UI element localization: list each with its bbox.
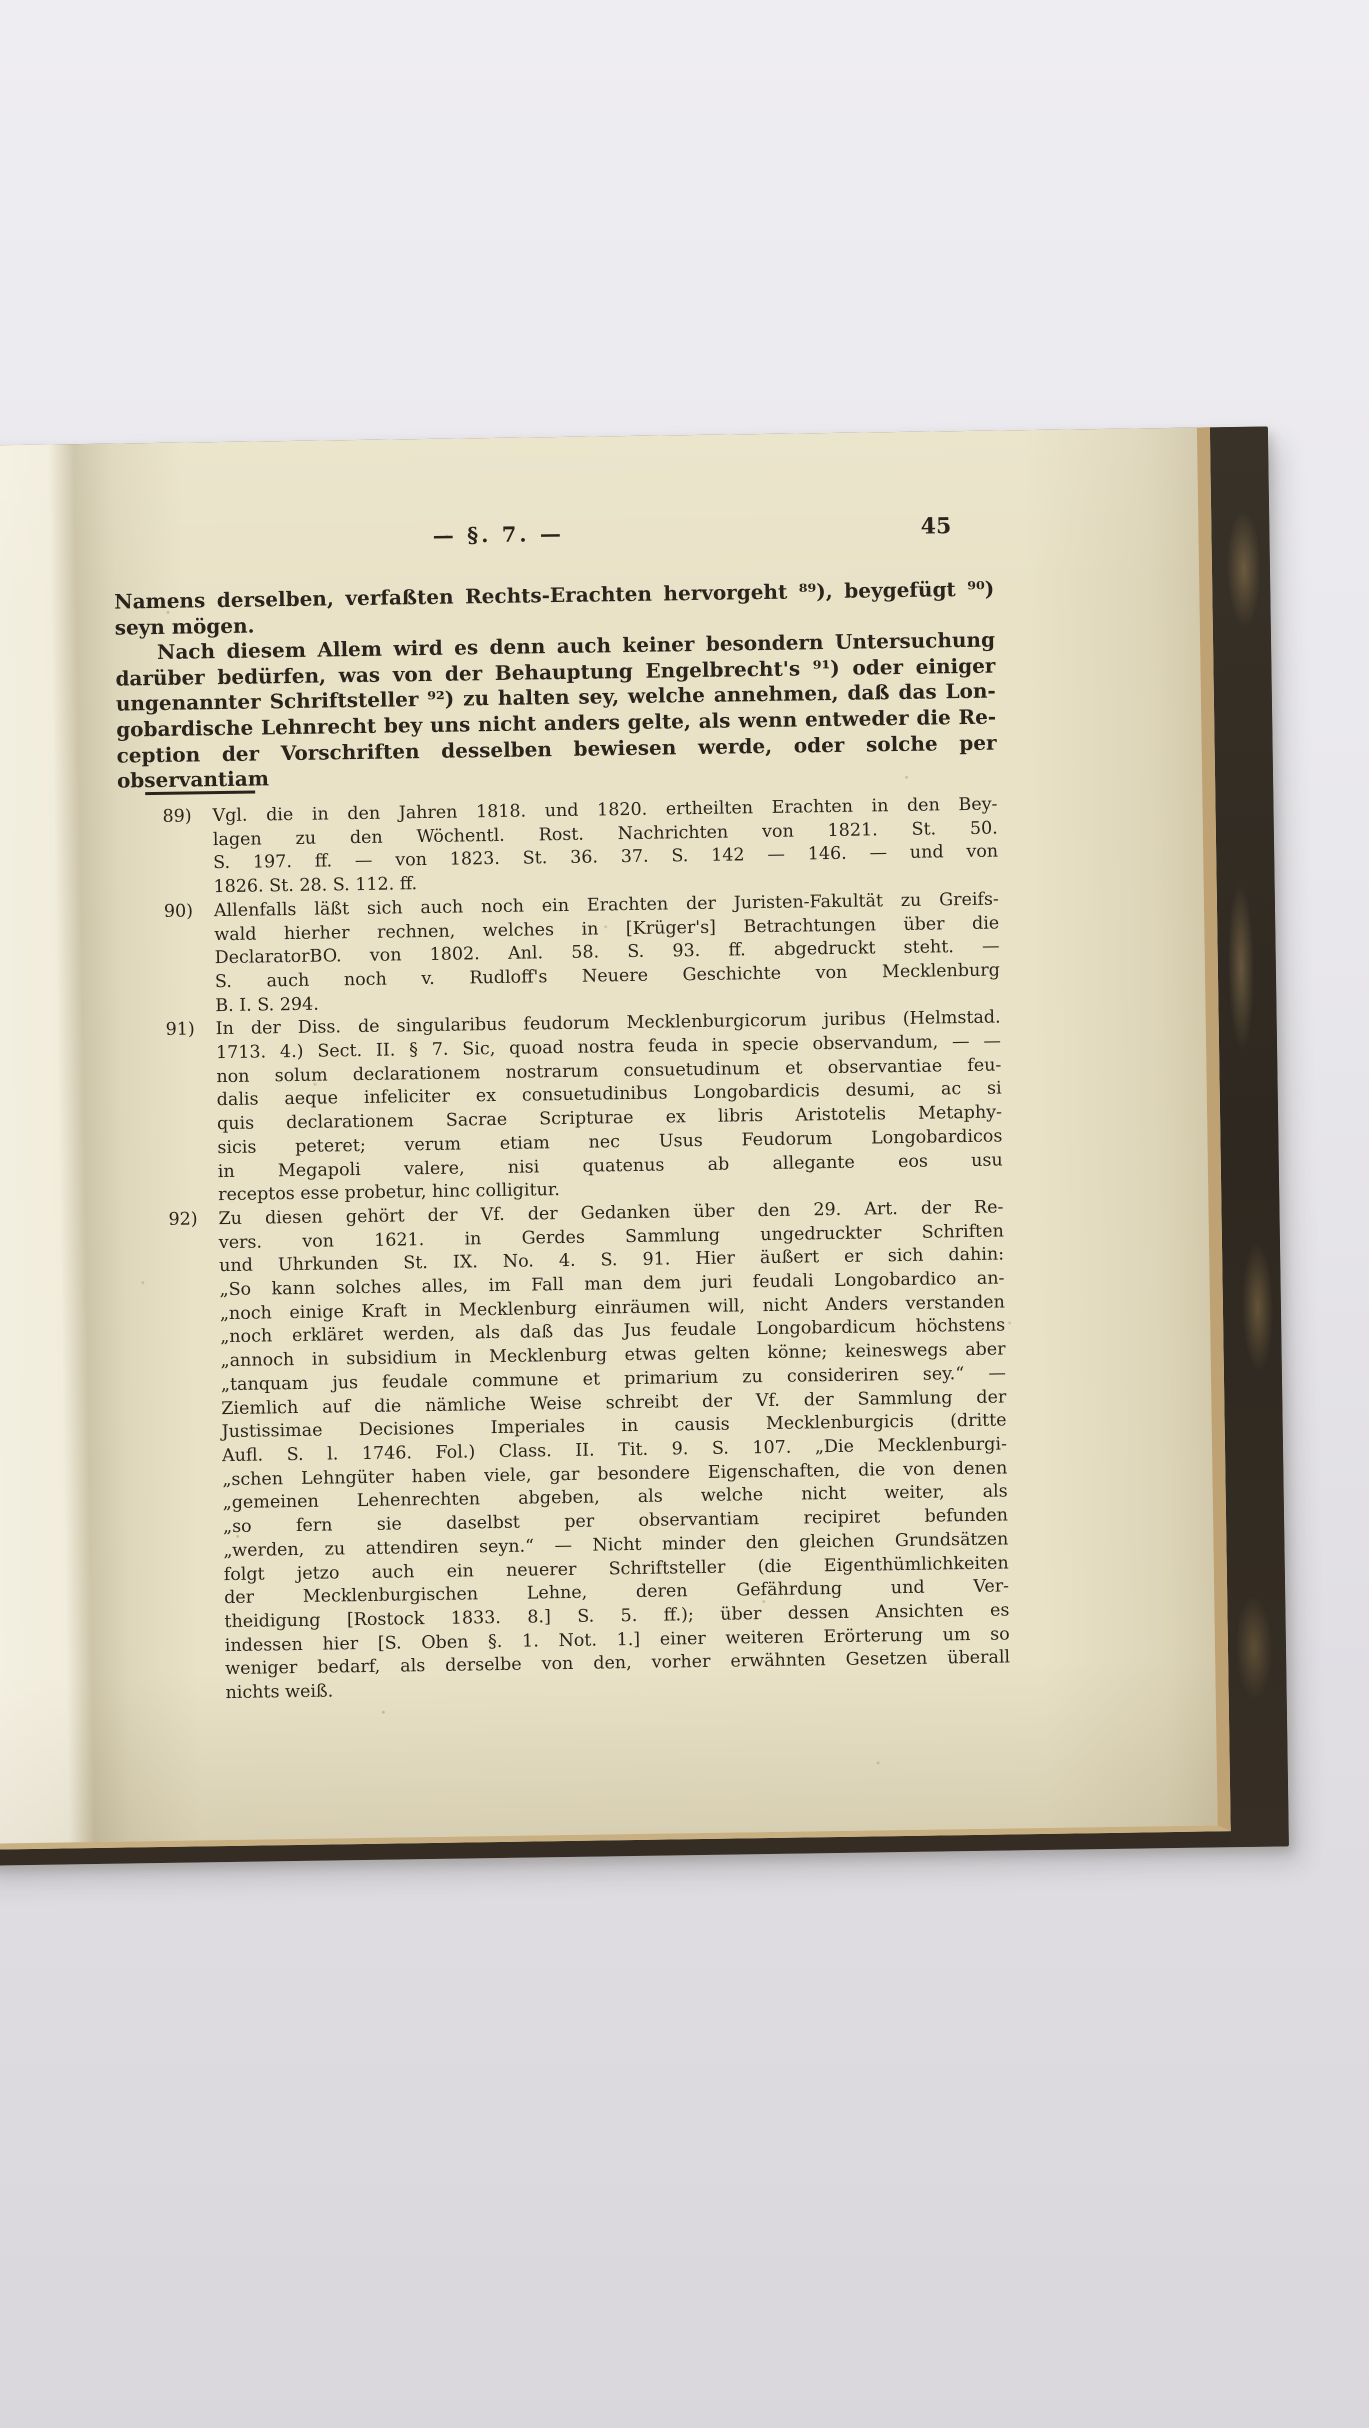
footnote-number: 90) xyxy=(164,900,193,924)
footnote: 89)Vgl. die in den Jahren 1818. und 1820… xyxy=(162,794,998,901)
page-header: — §. 7. — 45 xyxy=(113,515,993,558)
footnote: 91)In der Diss. de singularibus feudorum… xyxy=(166,1007,1004,1209)
photo-background: — §. 7. — 45 Namens derselben, verfaßten… xyxy=(0,0,1369,2428)
footnote: 90)Allenfalls läßt sich auch noch ein Er… xyxy=(164,888,1001,1019)
footnotes: 89)Vgl. die in den Jahren 1818. und 1820… xyxy=(162,794,1010,1707)
footnote-number: 92) xyxy=(168,1208,197,1232)
footnote-number: 91) xyxy=(166,1019,195,1043)
book-page: — §. 7. — 45 Namens derselben, verfaßten… xyxy=(0,427,1231,1850)
footnote-number: 89) xyxy=(162,805,191,829)
footnote-rule xyxy=(145,791,255,796)
book: — §. 7. — 45 Namens derselben, verfaßten… xyxy=(0,426,1289,1865)
footnote: 92)Zu diesen gehört der Vf. der Gedanken… xyxy=(168,1196,1010,1706)
section-heading: — §. 7. — xyxy=(58,515,938,553)
page-number: 45 xyxy=(920,513,951,539)
body-text: Namens derselben, verfaßten Rechts-Erach… xyxy=(114,577,997,795)
